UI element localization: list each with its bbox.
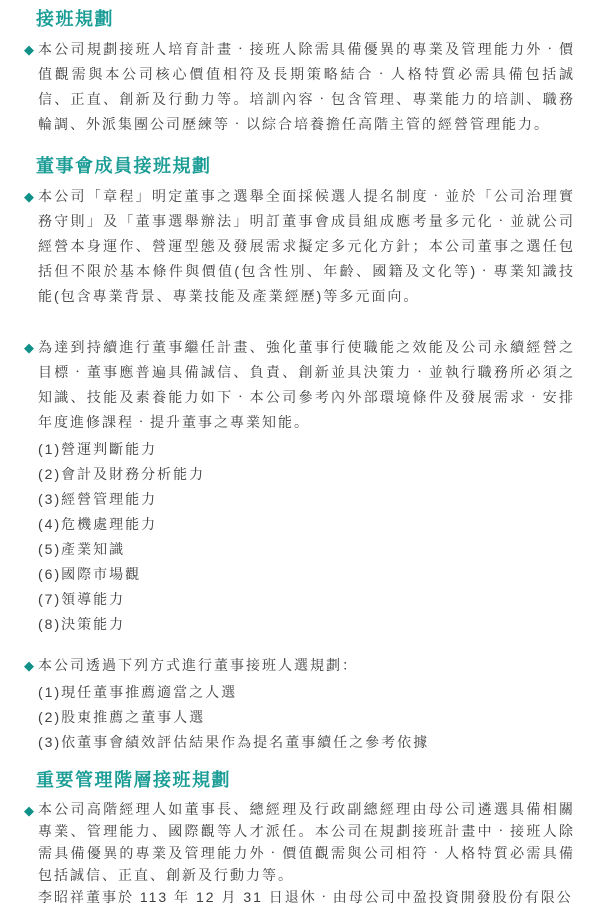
bullet-text: 本公司高階經理人如董事長、總經理及行政副總經理由母公司遴選具備相關專業、管理能力… bbox=[38, 798, 575, 886]
bullet-item: ◆ 為達到持續進行董事繼任計畫、強化董事行使職能之效能及公司永續經營之目標‧董事… bbox=[38, 335, 575, 637]
section-succession-planning: 接班規劃 ◆ 本公司規劃接班人培育計畫‧接班人除需具備優異的專業及管理能力外‧價… bbox=[38, 8, 575, 137]
list-item: (3)依董事會績效評估結果作為提名董事續任之參考依據 bbox=[38, 730, 575, 755]
list-item: (4)危機處理能力 bbox=[38, 512, 575, 537]
diamond-bullet-icon: ◆ bbox=[24, 341, 34, 354]
section-board-member-succession: 董事會成員接班規劃 ◆ 本公司「章程」明定董事之選舉全面採候選人提名制度‧並於「… bbox=[38, 155, 575, 755]
bullet-item: ◆ 本公司規劃接班人培育計畫‧接班人除需具備優異的專業及管理能力外‧價值觀需與本… bbox=[38, 37, 575, 137]
bullet-text: 本公司「章程」明定董事之選舉全面採候選人提名制度‧並於「公司治理實務守則」及「董… bbox=[38, 184, 575, 309]
list-item: (6)國際市場觀 bbox=[38, 562, 575, 587]
document-page: 接班規劃 ◆ 本公司規劃接班人培育計畫‧接班人除需具備優異的專業及管理能力外‧價… bbox=[0, 0, 600, 907]
list-item: (1)現任董事推薦適當之人選 bbox=[38, 680, 575, 705]
list-item: (7)領導能力 bbox=[38, 587, 575, 612]
diamond-bullet-icon: ◆ bbox=[24, 190, 34, 203]
bullet-text: 本公司規劃接班人培育計畫‧接班人除需具備優異的專業及管理能力外‧價值觀需與本公司… bbox=[38, 37, 575, 137]
section-key-management-succession: 重要管理階層接班規劃 ◆ 本公司高階經理人如董事長、總經理及行政副總經理由母公司… bbox=[38, 769, 575, 907]
section-heading-key-management-succession: 重要管理階層接班規劃 bbox=[36, 769, 575, 791]
list-item: (2)股東推薦之董事人選 bbox=[38, 705, 575, 730]
diamond-bullet-icon: ◆ bbox=[24, 43, 34, 56]
diamond-bullet-icon: ◆ bbox=[24, 804, 34, 817]
continuation-text: 李昭祥董事於 113 年 12 月 31 日退休‧由母公司中盈投資開發股份有限公 bbox=[38, 886, 575, 907]
director-capability-list: (1)營運判斷能力 (2)會計及財務分析能力 (3)經營管理能力 (4)危機處理… bbox=[38, 437, 575, 637]
list-item: (2)會計及財務分析能力 bbox=[38, 462, 575, 487]
list-item: (8)決策能力 bbox=[38, 612, 575, 637]
section-heading-succession-planning: 接班規劃 bbox=[36, 8, 575, 30]
succession-method-list: (1)現任董事推薦適當之人選 (2)股東推薦之董事人選 (3)依董事會績效評估結… bbox=[38, 680, 575, 755]
bullet-text: 為達到持續進行董事繼任計畫、強化董事行使職能之效能及公司永續經營之目標‧董事應普… bbox=[38, 335, 575, 435]
section-heading-board-member-succession: 董事會成員接班規劃 bbox=[36, 155, 575, 177]
bullet-text: 本公司透過下列方式進行董事接班人選規劃： bbox=[38, 653, 575, 678]
bullet-item: ◆ 本公司高階經理人如董事長、總經理及行政副總經理由母公司遴選具備相關專業、管理… bbox=[38, 798, 575, 907]
bullet-item: ◆ 本公司「章程」明定董事之選舉全面採候選人提名制度‧並於「公司治理實務守則」及… bbox=[38, 184, 575, 309]
list-item: (3)經營管理能力 bbox=[38, 487, 575, 512]
diamond-bullet-icon: ◆ bbox=[24, 659, 34, 672]
list-item: (1)營運判斷能力 bbox=[38, 437, 575, 462]
bullet-item: ◆ 本公司透過下列方式進行董事接班人選規劃： (1)現任董事推薦適當之人選 (2… bbox=[38, 653, 575, 755]
list-item: (5)產業知識 bbox=[38, 537, 575, 562]
